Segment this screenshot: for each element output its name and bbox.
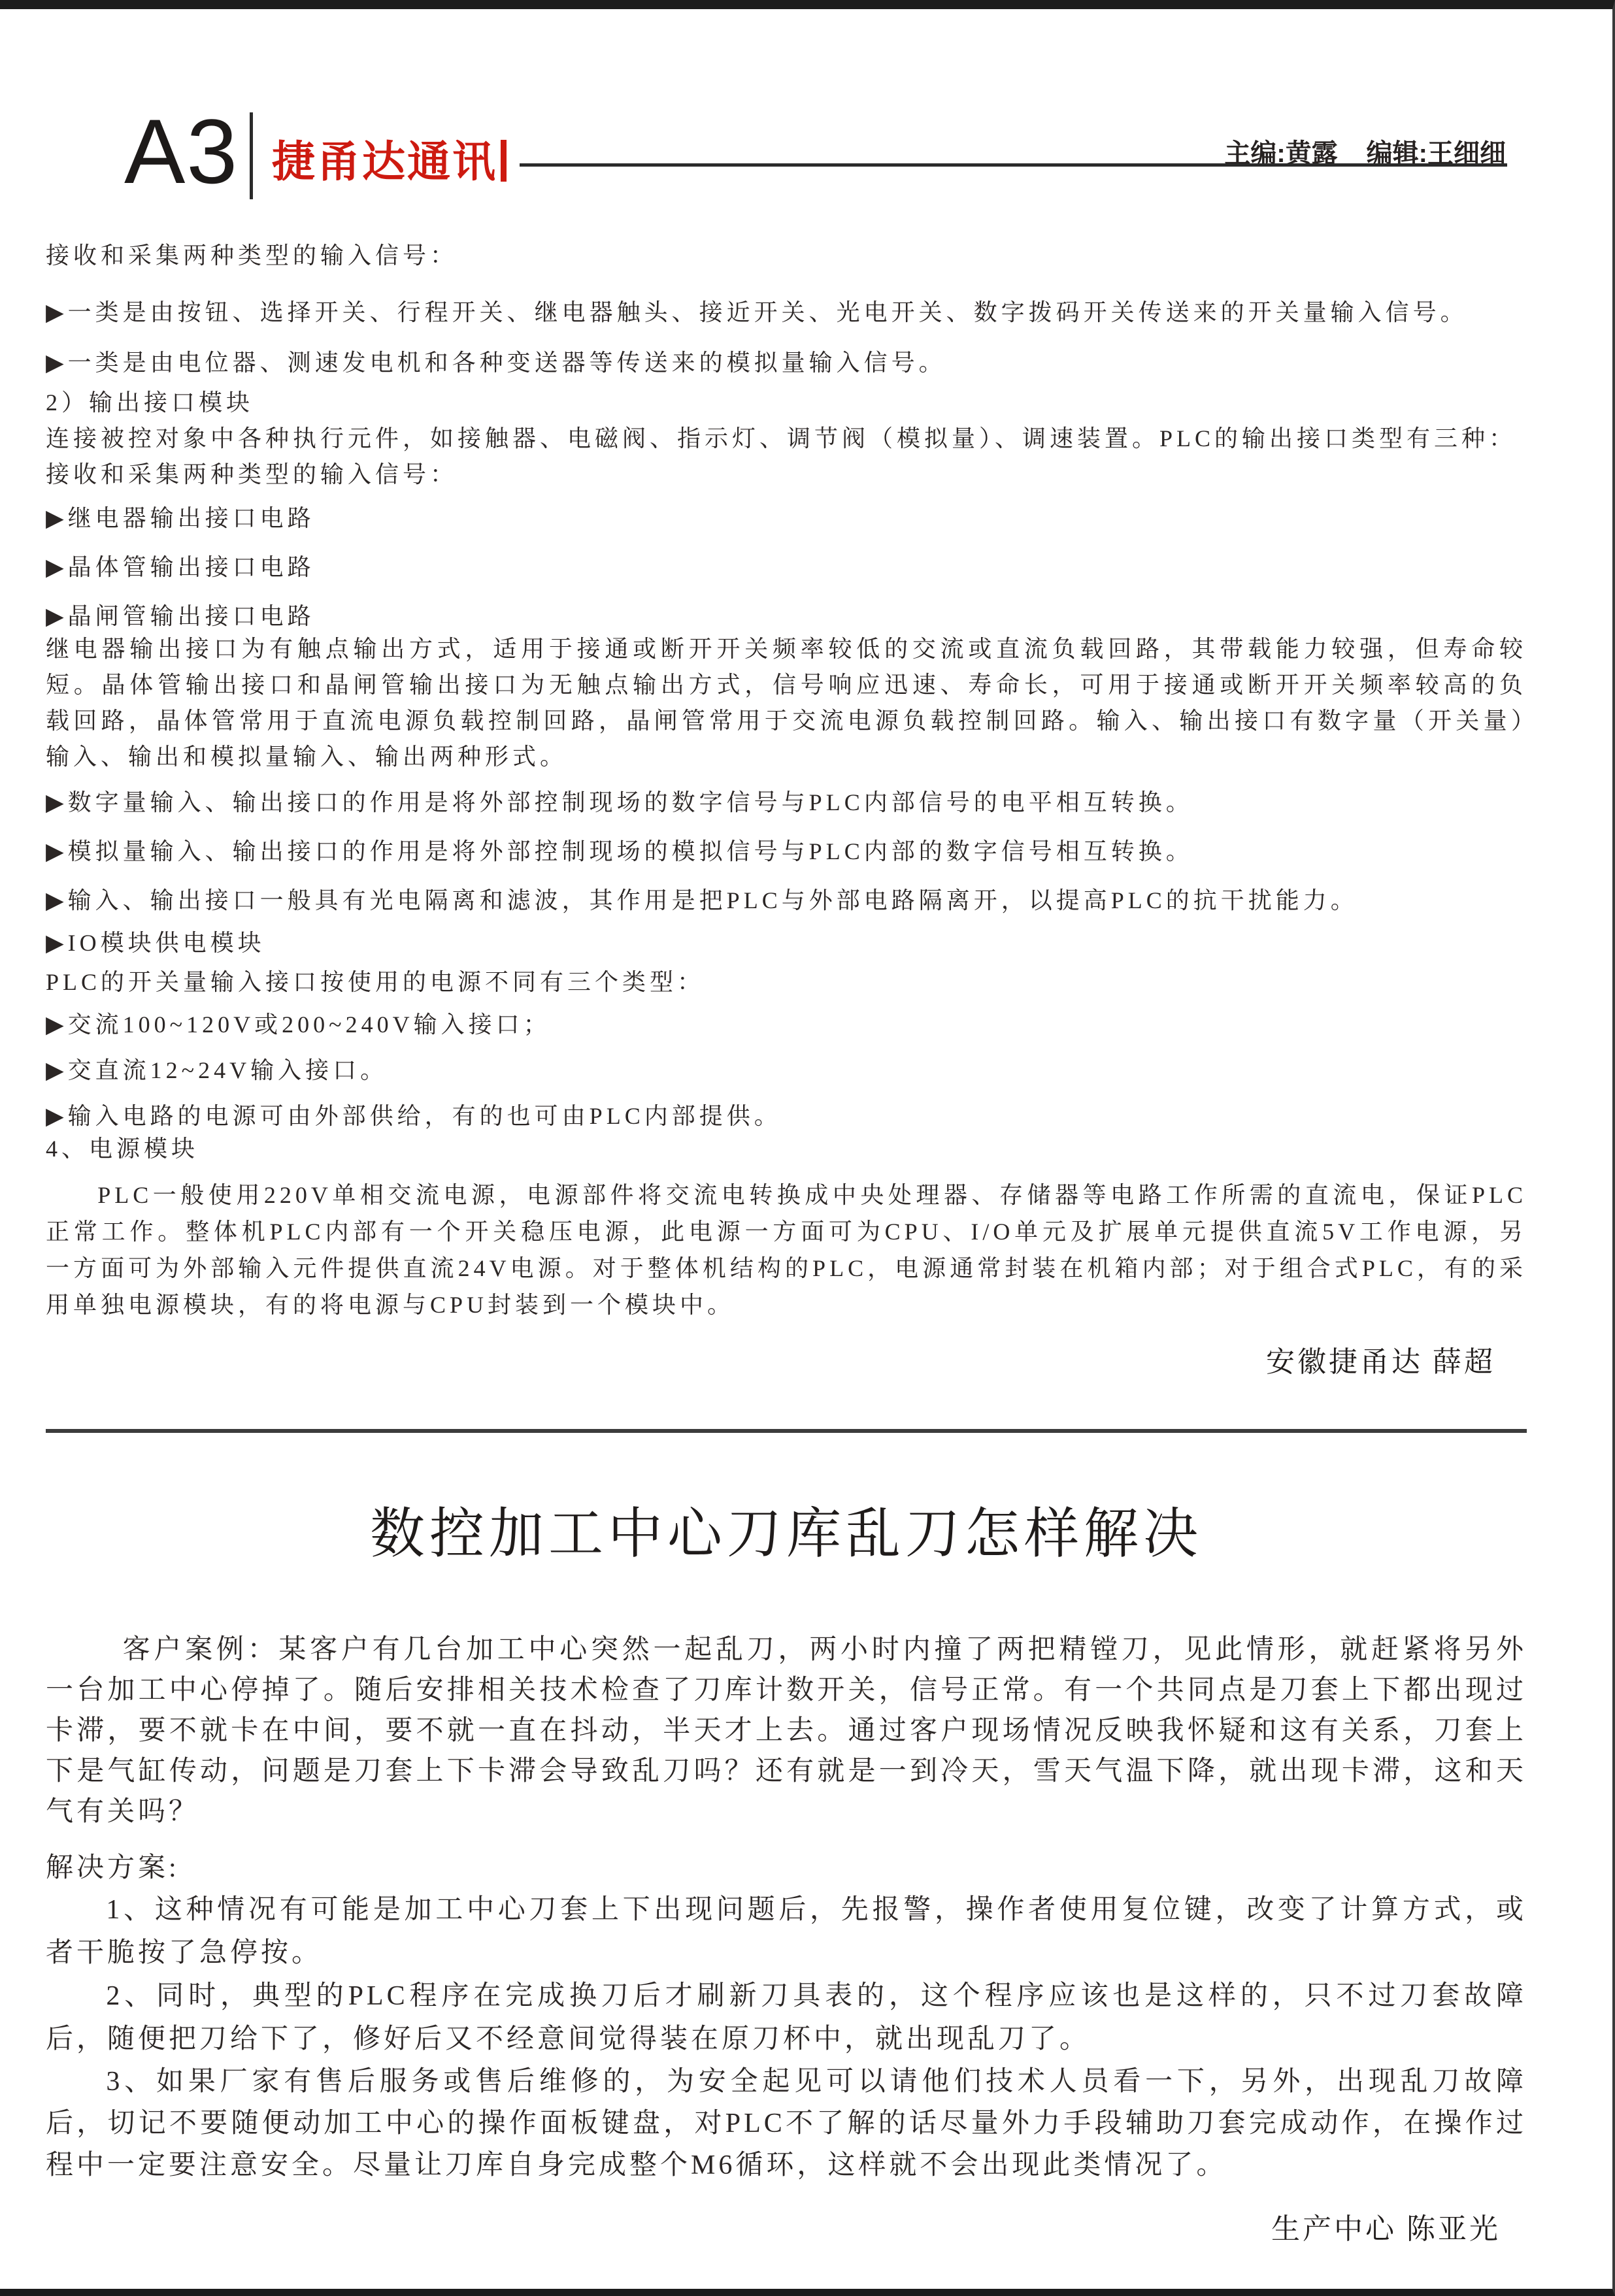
solutions-label: 解决方案: [46,1848,1527,1888]
brand-text: 捷甬达通讯 [272,137,497,186]
case-paragraph: 客户案例：某客户有几台加工中心突然一起乱刀，两小时内撞了两把精镗刀，见此情形，就… [46,1630,1527,1832]
masthead: A3 捷甬达通讯 主编:黄露编辑:王细细 [0,9,1612,238]
masthead-divider-bar [250,112,253,199]
newsletter-brand-title: 捷甬达通讯 [272,140,507,183]
solution-item: 3、如果厂家有售后服务或售后维修的，为安全起见可以请他们技术人员看一下，另外，出… [46,2061,1527,2186]
plc-section: 接收和采集两种类型的输入信号： ▶一类是由按钮、选择开关、行程开关、继电器触头、… [46,238,1527,2249]
newsletter-page: A3 捷甬达通讯 主编:黄露编辑:王细细 接收和采集两种类型的输入信号： ▶一类… [0,0,1615,2296]
paragraph: 4、电源模块 [46,1131,1527,1167]
bullet-paragraph: ▶IO模块供电模块 [46,925,1527,961]
bullet-paragraph: ▶一类是由按钮、选择开关、行程开关、继电器触头、接近开关、光电开关、数字拨码开关… [46,295,1527,331]
bullet-paragraph: ▶交直流12~24V输入接口。 [46,1053,1527,1089]
bullet-paragraph: ▶一类是由电位器、测速发电机和各种变送器等传送来的模拟量输入信号。 [46,345,1527,381]
paragraph: 接收和采集两种类型的输入信号： [46,238,1527,274]
bullet-paragraph: ▶输入、输出接口一般具有光电隔离和滤波，其作用是把PLC与外部电路隔离开，以提高… [46,883,1527,919]
bullet-paragraph: ▶晶体管输出接口电路 [46,549,1527,585]
brand-end-bar [501,140,507,182]
paragraph: 连接被控对象中各种执行元件，如接触器、电磁阀、指示灯、调节阀（模拟量）、调速装置… [46,421,1527,457]
bullet-paragraph: ▶继电器输出接口电路 [46,500,1527,536]
bullet-paragraph: ▶输入电路的电源可由外部供给，有的也可由PLC内部提供。 [46,1098,1527,1134]
paragraph: 继电器输出接口为有触点输出方式，适用于接通或断开开关频率较低的交流或直流负载回路… [46,631,1527,775]
bullet-paragraph: ▶模拟量输入、输出接口的作用是将外部控制现场的模拟信号与PLC内部的数字信号相互… [46,834,1527,870]
solution-item: 1、这种情况有可能是加工中心刀套上下出现问题后，先报警，操作者使用复位键，改变了… [46,1888,1527,1975]
masthead-rule [520,163,1507,167]
paragraph: 接收和采集两种类型的输入信号： [46,457,1527,493]
paragraph: 2）输出接口模块 [46,385,1527,421]
article-title: 数控加工中心刀库乱刀怎样解决 [46,1502,1527,1567]
section-divider-rule [46,1429,1527,1433]
bullet-paragraph: ▶晶闸管输出接口电路 [46,599,1527,634]
solution-item: 2、同时，典型的PLC程序在完成换刀后才刷新刀具表的，这个程序应该也是这样的，只… [46,1975,1527,2061]
paragraph: PLC的开关量输入接口按使用的电源不同有三个类型： [46,964,1527,1000]
page-number-label: A3 [124,106,239,197]
author-signature: 安徽捷甬达 薛超 [46,1343,1527,1382]
bullet-paragraph: ▶数字量输入、输出接口的作用是将外部控制现场的数字信号与PLC内部信号的电平相互… [46,785,1527,821]
bullet-paragraph: ▶交流100~120V或200~240V输入接口； [46,1007,1527,1043]
department-signature: 生产中心 陈亚光 [46,2210,1527,2249]
paragraph: PLC一般使用220V单相交流电源，电源部件将交流电转换成中央处理器、存储器等电… [46,1177,1527,1323]
